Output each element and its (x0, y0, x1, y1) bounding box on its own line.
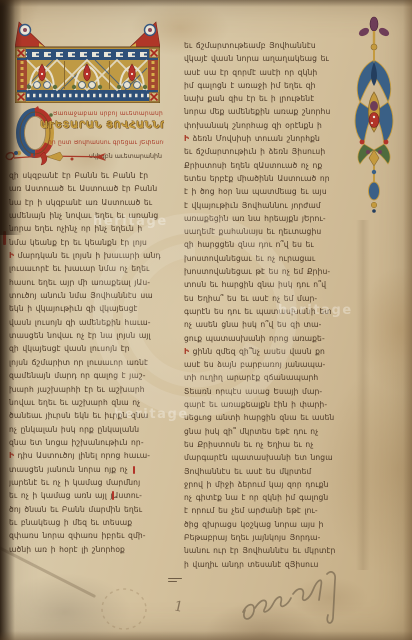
text-line: է ի ծոց հօր նա պատմեաց եւ այս (184, 185, 355, 198)
watermark-logo (85, 205, 305, 425)
text-line: ցնա իսկ զի՞ մկրտես եթէ դու ոչ (184, 425, 355, 438)
text-line: Բեթաբրայ եղեւ յայնկոյս Յորդա- (184, 531, 355, 544)
text-line: ծոյ ծնան եւ Բանն մարմին եղեւ (9, 503, 172, 516)
library-stamp (98, 586, 150, 634)
text-line: եւ ճշմարտութիւն ի ձեռն Յիսուսի (184, 145, 355, 158)
text-line: նորա մեք ամենեքին առաք շնորհս (184, 105, 355, 118)
text-line: վկայէ վասն նորա աղաղակեաց եւ (184, 52, 355, 65)
text-line: եւ ճշմարտութեամբ Յովհաննէս (184, 39, 355, 52)
marginal-palmette-ornament (350, 16, 398, 214)
manuscript-page: Յառաջաբան սրբոյ աւետարանիս ԱՒԵՏԱՐԱՆ ՅՈՎՀ… (0, 0, 412, 640)
text-line: Քրիստոսի եղեն զԱստուած ոչ ոք (184, 159, 355, 172)
incipit-title: ԱՒԵՏԱՐԱՆ ՅՈՎՀԱՆՆՈՒ (40, 120, 164, 131)
text-line: Ի ձեռն Մովսիսի տուան շնորհքն (184, 132, 355, 145)
red-tick-mark (112, 491, 114, 500)
page-edge-shadow (0, 0, 412, 7)
text-line: փոխանակ շնորհաց զի օրէնքն ի (184, 119, 355, 132)
rubric-line-2: որ ըստ Յովհաննու գրեցաւ յԵփեսոս (48, 140, 164, 146)
text-line: զի սկզբանէ էր Բանն եւ Բանն էր (9, 169, 172, 182)
text-line: զփառս նորա զփառս իբրեւ զմի- (9, 529, 172, 542)
text-line: եւ բնակեաց ի մեզ եւ տեսաք (9, 516, 172, 529)
folio-number: 1 (172, 598, 184, 616)
handwritten-inscription (235, 558, 350, 630)
text-line: առ Աստուած եւ Աստուած էր Բանն (9, 182, 172, 195)
page-edge-shadow (0, 631, 412, 640)
text-line: եւ ոչ ի կամաց առն այլ յԱստու- (9, 489, 172, 502)
text-line: ծից զխրացս կօշկաց նորա այս ի (184, 518, 355, 531)
text-line: ասէ սա էր զորմէ ասէի որ զկնի (184, 66, 355, 79)
text-line: ես Քրիստոսն եւ ոչ Եղիա եւ ոչ (184, 438, 355, 451)
text-line: նանու ուր էր Յովհաննէս եւ մկրտէր (184, 544, 355, 557)
text-line: Ի դիս Աստուծոյ լինել որոց հաւա- (9, 449, 172, 462)
page-edge-shadow (403, 0, 412, 640)
text-line: յարենէ եւ ոչ ի կամաց մարմնոյ (9, 476, 172, 489)
parchment-crease (356, 220, 370, 570)
rubric-line-1: Յառաջաբան սրբոյ աւետարանիս (53, 111, 163, 117)
illuminated-headpiece (15, 20, 160, 103)
text-line: ածնի առ ի հօրէ լի շնորհօք (9, 543, 172, 556)
text-line: իմ գալոցն է առաջի իմ եղեւ զի (184, 79, 355, 92)
text-line: ետես երբէք միածինն Աստուած որ (184, 172, 355, 185)
text-line: տասցեն յանուն նորա ոյք ոչ (9, 463, 172, 476)
text-line: զնա ետ նոցա իշխանութիւն որ- (9, 436, 172, 449)
text-line: ջրով ի միջի ձերում կայ զոր դուքն (184, 478, 355, 491)
gathering-mark (168, 576, 182, 584)
page-edge-shadow (0, 0, 15, 640)
text-line: ոչ գիտէք նա է որ զկնի իմ գալոցն (184, 491, 355, 504)
text-line: Յովհաննէս եւ ասէ ես մկրտեմ (184, 465, 355, 478)
red-tick-mark (133, 466, 135, 474)
text-line: մարգարէն պատասխանի ետ նոցա (184, 451, 355, 464)
text-line: է որում ես չեմ արժանի եթէ լու- (184, 504, 355, 517)
text-line: նախ քան զիս էր եւ ի լրութենէ (184, 92, 355, 105)
